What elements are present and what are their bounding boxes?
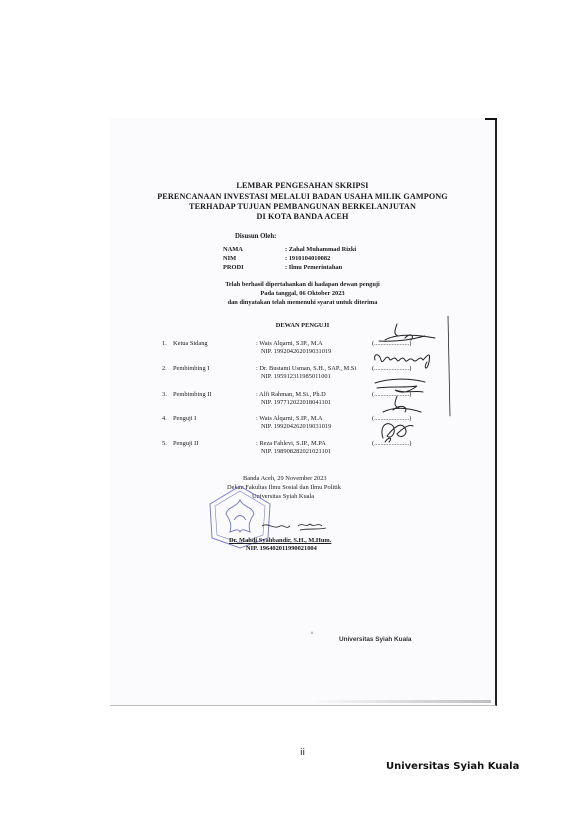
committee-role: Ketua Sidang xyxy=(173,340,208,347)
page-number: ii xyxy=(300,748,305,758)
thesis-title-line-3: DI KOTA BANDA ACEH xyxy=(110,212,495,221)
committee-name: : Wais Alqarni, S.IP., M.A xyxy=(256,340,323,347)
committee-role: Pembimbing I xyxy=(173,365,209,372)
committee-name: : Reza Fahlevi, S.IP., M.PA xyxy=(256,440,326,447)
scan-shadow xyxy=(310,700,491,703)
scan-page-marker: ii xyxy=(311,630,313,635)
committee-number: 2. xyxy=(162,365,167,372)
thesis-title-line-1: PERENCANAAN INVESTASI MELALUI BADAN USAH… xyxy=(110,192,495,201)
author-label-nim: NIM xyxy=(223,255,236,262)
committee-nip: NIP. 197712022018041101 xyxy=(261,399,331,406)
committee-nip: NIP. 198908282021021101 xyxy=(261,448,331,455)
committee-number: 1. xyxy=(162,340,167,347)
committee-number: 3. xyxy=(162,391,167,398)
scanned-approval-sheet: LEMBAR PENGESAHAN SKRIPSI PERENCANAAN IN… xyxy=(110,118,497,706)
author-heading: Disusun Oleh: xyxy=(235,233,276,240)
committee-signatures-icon xyxy=(365,316,455,466)
committee-name: : Alfi Rahman, M.Si., Ph.D xyxy=(256,391,326,398)
committee-name: : Wais Alqarni, S.IP., M.A xyxy=(256,415,323,422)
document-title: LEMBAR PENGESAHAN SKRIPSI xyxy=(110,181,495,190)
author-label-prodi: PRODI xyxy=(223,264,244,271)
committee-nip: NIP. 199204262019031019 xyxy=(261,348,331,355)
page-footer: Universitas Syiah Kuala xyxy=(386,761,519,772)
author-label-name: NAMA xyxy=(223,246,243,253)
dean-name: Dr. Mahdi Syahbandir, S.H., M.Hum. xyxy=(229,537,331,544)
scan-edge xyxy=(485,118,497,120)
committee-number: 5. xyxy=(162,440,167,447)
author-value-prodi: : Ilmu Pemerintahan xyxy=(285,264,342,271)
dean-nip: NIP. 196402011990021004 xyxy=(246,545,317,552)
defense-line-3: dan dinyatakan telah memenuhi syarat unt… xyxy=(110,299,495,306)
approval-place-date: Banda Aceh, 29 November 2023 xyxy=(243,475,327,482)
committee-number: 4. xyxy=(162,415,167,422)
thesis-title-line-2: TERHADAP TUJUAN PEMBANGUNAN BERKELANJUTA… xyxy=(110,202,495,211)
committee-nip: NIP. 195912311985011001 xyxy=(261,373,331,380)
author-value-nim: : 1910104010082 xyxy=(285,255,330,262)
committee-nip: NIP. 199204262019031019 xyxy=(261,423,331,430)
committee-name: : Dr. Bustami Usman, S.H., SAP., M.Si xyxy=(256,365,356,372)
scan-footer: Universitas Syiah Kuala xyxy=(339,636,411,643)
defense-line-1: Telah berhasil dipertahankan di hadapan … xyxy=(110,281,495,288)
author-value-name: : Zahal Muhammad Rizki xyxy=(285,246,356,253)
committee-role: Penguji I xyxy=(173,415,196,422)
committee-role: Pembimbing II xyxy=(173,391,212,398)
defense-line-2: Pada tanggal, 06 Oktober 2023 xyxy=(110,290,495,297)
dean-signature-icon xyxy=(260,518,330,534)
committee-role: Penguji II xyxy=(173,440,198,447)
